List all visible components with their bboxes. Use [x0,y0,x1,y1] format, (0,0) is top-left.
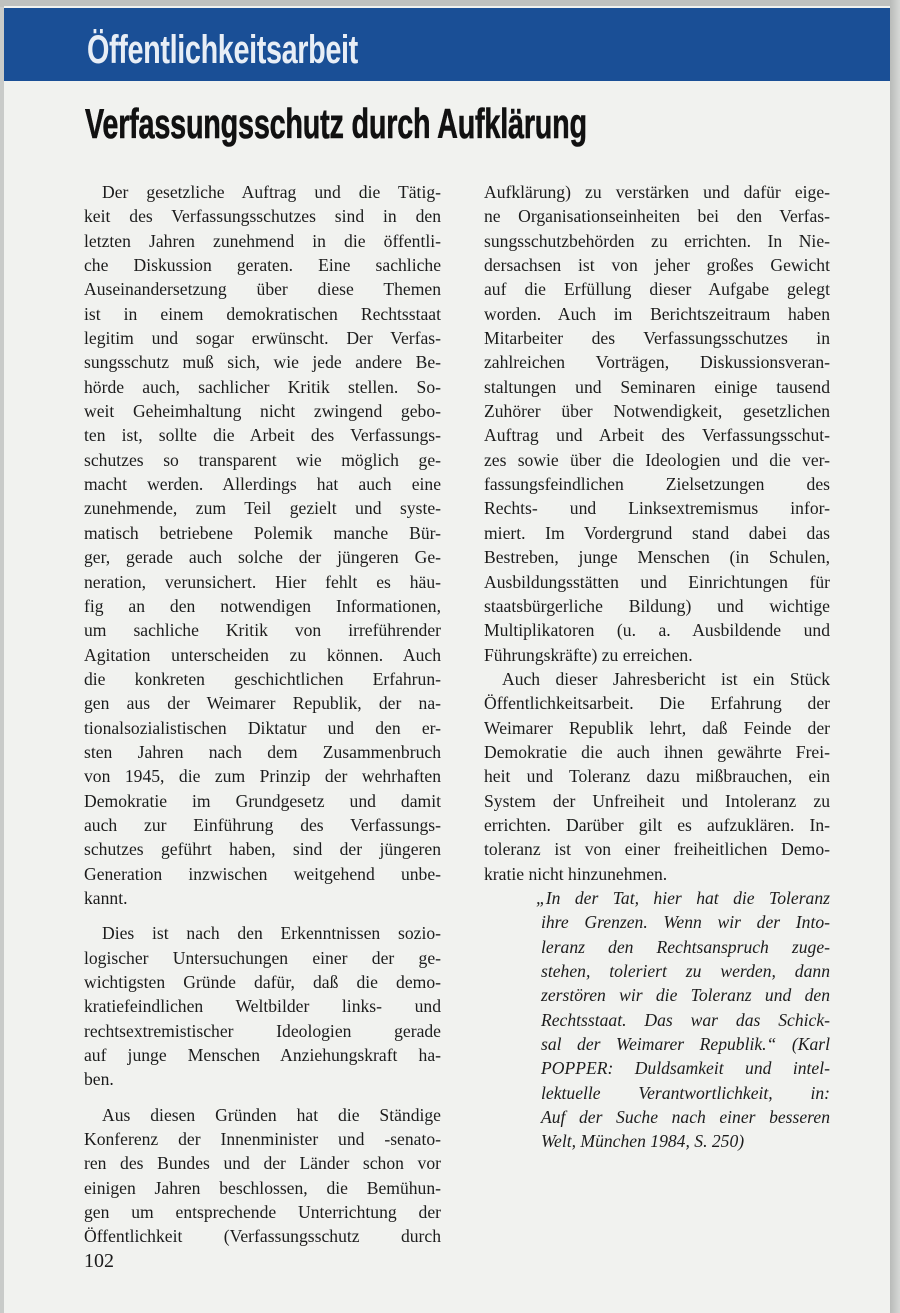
text-line: Ausbildungsstätten und Einrichtungen für [484,570,830,594]
text-line: Mitarbeiter des Verfassungsschutzes in [484,326,830,350]
paragraph: Aus diesen Gründen hat die Ständige Konf… [84,1103,441,1249]
text-line: gen aus der Weimarer Republik, der na- [84,691,441,715]
text-line: Generation inzwischen weitgehend unbe- [84,862,441,886]
left-column: Der gesetzliche Auftrag und die Tätig- k… [84,180,441,1249]
text-line: auf junge Menschen Anziehungskraft ha- [84,1043,441,1067]
text-line: Rechts- und Linksextremismus infor- [484,496,830,520]
quote-line: Auf der Suche nach einer besseren [541,1105,830,1129]
text-line: fassungsfeindlichen Zielsetzungen des [484,472,830,496]
paragraph: Aufklärung) zu verstärken und dafür eige… [484,180,830,667]
paragraph: Dies ist nach den Erkenntnissen sozio- l… [84,921,441,1091]
text-line: staatsbürgerliche Bildung) und wichtige [484,594,830,618]
text-line: Öffentlichkeitsarbeit. Die Erfahrung der [484,691,830,715]
quote-line: POPPER: Duldsamkeit und intel- [541,1056,830,1080]
quote-line: „In der Tat, hier hat die Toleranz [536,886,830,910]
text-line: wichtigsten Gründe dafür, daß die demo- [84,970,441,994]
text-line: Konferenz der Innenminister und -senato- [84,1127,441,1151]
text-line: Dies ist nach den Erkenntnissen sozio- [84,921,441,945]
text-line: miert. Im Vordergrund stand dabei das [484,521,830,545]
text-line: Führungskräfte) zu erreichen. [484,643,830,667]
quote-line: lektuelle Verantwortlichkeit, in: [541,1081,830,1105]
scan-right-edge [890,0,900,1313]
text-line: von 1945, die zum Prinzip der wehrhaften [84,764,441,788]
text-line: Bestreben, junge Menschen (in Schulen, [484,545,830,569]
text-line: einigen Jahren beschlossen, die Bemühun- [84,1176,441,1200]
text-line: Weimarer Republik lehrt, daß Feinde der [484,716,830,740]
text-line: schutzes geführt haben, sind der jüngere… [84,837,441,861]
article-title: Verfassungsschutz durch Aufklärung [85,98,587,150]
text-line: che Diskussion geraten. Eine sachliche [84,253,441,277]
text-line: heit und Toleranz dazu mißbrauchen, ein [484,764,830,788]
text-line: Demokratie die auch ihnen gewährte Frei- [484,740,830,764]
text-line: ger, gerade auch solche der jüngeren Ge- [84,545,441,569]
text-line: kratiefeindlichen Weltbilder links- und [84,994,441,1018]
quote-line: Rechtsstaat. Das war das Schick- [541,1008,830,1032]
text-line: hörde auch, sachlicher Kritik stellen. S… [84,375,441,399]
text-line: worden. Auch im Berichtszeitraum haben [484,302,830,326]
text-line: auch zur Einführung des Verfassungs- [84,813,441,837]
text-line: sungsschutz muß sich, wie jede andere Be… [84,350,441,374]
text-line: ren des Bundes und der Länder schon vor [84,1151,441,1175]
text-line: Agitation unterscheiden zu können. Auch [84,643,441,667]
text-line: tionalsozialistischen Diktatur und den e… [84,716,441,740]
text-line: letzten Jahren zunehmend in die öffentli… [84,229,441,253]
text-line: System der Unfreiheit und Intoleranz zu [484,789,830,813]
text-line: toleranz ist von einer freiheitlichen De… [484,837,830,861]
right-column: Aufklärung) zu verstärken und dafür eige… [484,180,830,1154]
text-line: matisch betriebene Polemik manche Bür- [84,521,441,545]
text-line: keit des Verfassungsschutzes sind in den [84,204,441,228]
text-line: weit Geheimhaltung nicht zwingend gebo- [84,399,441,423]
text-line: staltungen und Seminaren einige tausend [484,375,830,399]
paragraph: Auch dieser Jahresbericht ist ein Stück … [484,667,830,886]
text-line: schutzes so transparent wie möglich ge- [84,448,441,472]
paragraph-gap [84,910,441,921]
text-line: zahlreichen Vorträgen, Diskussionsveran- [484,350,830,374]
paragraph-gap [84,1092,441,1103]
text-line: Zuhörer über Notwendigkeit, gesetzlichen [484,399,830,423]
popper-quote: „In der Tat, hier hat die Toleranz ihre … [484,886,830,1154]
text-line: um sachliche Kritik von irreführender [84,618,441,642]
quote-line: sal der Weimarer Republik.“ (Karl [541,1032,830,1056]
text-line: logischer Untersuchungen einer der ge- [84,946,441,970]
text-line: Auseinandersetzung über diese Themen [84,277,441,301]
text-line: Demokratie im Grundgesetz und damit [84,789,441,813]
quote-line: ihre Grenzen. Wenn wir der Into- [541,910,830,934]
text-line: Aus diesen Gründen hat die Ständige [84,1103,441,1127]
page-number: 102 [84,1250,114,1273]
text-line: auf die Erfüllung dieser Aufgabe gelegt [484,277,830,301]
text-line: sungsschutzbehörden zu errichten. In Nie… [484,229,830,253]
section-header-band: Öffentlichkeitsarbeit [4,8,890,81]
text-line: neration, verunsichert. Hier fehlt es hä… [84,570,441,594]
text-line: errichten. Darüber gilt es aufzuklären. … [484,813,830,837]
text-line: die konkreten geschichtlichen Erfahrun- [84,667,441,691]
quote-line: leranz den Rechtsanspruch zuge- [541,935,830,959]
text-line: Multiplikatoren (u. a. Ausbildende und [484,618,830,642]
text-line: Auftrag und Arbeit des Verfassungsschut- [484,423,830,447]
text-line: Aufklärung) zu verstärken und dafür eige… [484,180,830,204]
text-line: ist in einem demokratischen Rechtsstaat [84,302,441,326]
text-line: kratie nicht hinzunehmen. [484,862,830,886]
text-line: gen um entsprechende Unterrichtung der [84,1200,441,1224]
text-line: macht werden. Allerdings hat auch eine [84,472,441,496]
quote-line: stehen, toleriert zu werden, dann [541,959,830,983]
text-line: Der gesetzliche Auftrag und die Tätig- [84,180,441,204]
text-line: dersachsen ist von jeher großes Gewicht [484,253,830,277]
text-line: zes sowie über die Ideologien und die ve… [484,448,830,472]
text-line: ten ist, sollte die Arbeit des Verfassun… [84,423,441,447]
paragraph: Der gesetzliche Auftrag und die Tätig- k… [84,180,441,910]
text-line: ben. [84,1067,441,1091]
text-line: Öffentlichkeit (Verfassungsschutz durch [84,1224,441,1248]
section-title: Öffentlichkeitsarbeit [87,27,358,73]
quote-line: zerstören wir die Toleranz und den [541,983,830,1007]
document-page: Öffentlichkeitsarbeit Verfassungsschutz … [4,6,890,1313]
text-line: sten Jahren nach dem Zusammenbruch [84,740,441,764]
text-line: rechtsextremistischer Ideologien gerade [84,1019,441,1043]
text-line: Auch dieser Jahresbericht ist ein Stück [484,667,830,691]
text-line: zunehmende, zum Teil gezielt und syste- [84,496,441,520]
text-line: ne Organisationseinheiten bei den Verfas… [484,204,830,228]
text-line: fig an den notwendigen Informationen, [84,594,441,618]
text-line: legitim und sogar erwünscht. Der Verfas- [84,326,441,350]
text-line: kannt. [84,886,441,910]
quote-line: Welt, München 1984, S. 250) [541,1129,830,1153]
